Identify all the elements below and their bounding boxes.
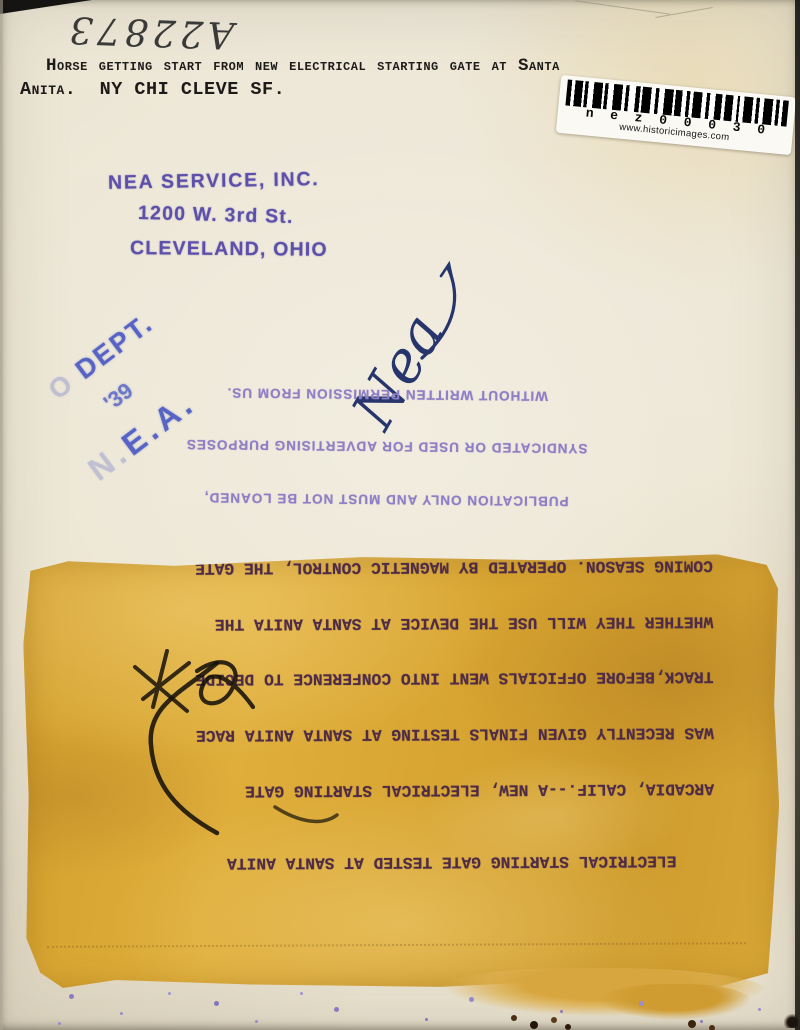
nea-stamp-line2: 1200 W. 3rd St. xyxy=(138,202,294,229)
slip-body-line: COMING SEASON. OPERATED BY MAGNETIC CONT… xyxy=(33,556,713,578)
slip-headline: ELECTRICAL STARTING GATE TESTED AT SANTA… xyxy=(34,851,714,873)
publication-restriction-stamp: PUBLICATION ONLY AND MUST NOT BE LOANED,… xyxy=(182,485,591,545)
slip-body-line: WHETHER THEY WILL USE THE DEVICE AT SANT… xyxy=(33,611,713,633)
nea-stamp-line1: NEA SERVICE, INC. xyxy=(108,168,320,195)
handwritten-scribble-mark xyxy=(125,635,495,845)
scan-corner-spot xyxy=(784,1014,798,1028)
photo-back-scan: A22873 Horse getting start from new elec… xyxy=(0,0,800,1030)
typed-caption-line2: Anita. NY CHI CLEVE SF. xyxy=(20,79,285,100)
barcode-sticker: n e z 0 0 0 3 0 www.historicimages.com xyxy=(556,75,796,155)
publication-stamp-line3: WITHOUT WRITTEN PERMISSION FROM US. xyxy=(183,383,591,405)
scan-edge-left xyxy=(0,0,3,1030)
publication-stamp-line2: SYNDICATED OR USED FOR ADVERTISING PURPO… xyxy=(183,436,591,458)
paper-scratch xyxy=(575,0,669,14)
dept-stamp-partial-letter: O xyxy=(43,367,80,405)
adhesive-stain xyxy=(600,984,750,1022)
slip-photo-shows-line1: PHOTO SHOWS: HORSE GETTING AWAY FROM THE… xyxy=(31,141,711,163)
handwritten-archive-number: A22873 xyxy=(54,0,246,57)
slip-body-line: TO PREVENT A HORSE FROM BACKING OUT. xyxy=(31,277,711,299)
publication-stamp-line1: PUBLICATION ONLY AND MUST NOT BE LOANED, xyxy=(182,488,590,510)
typed-caption-line1: Horse getting start from new electrical … xyxy=(46,56,560,76)
scan-edge-right xyxy=(795,0,800,1030)
